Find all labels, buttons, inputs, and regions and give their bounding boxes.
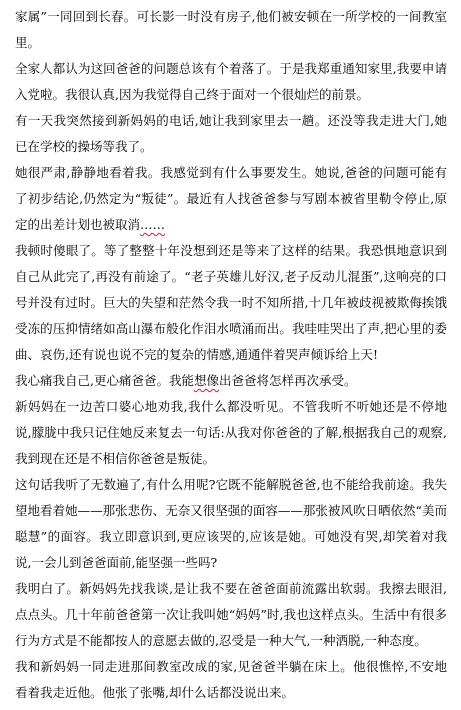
spellcheck-flagged-text: ……: [140, 217, 165, 232]
paragraph-3: 有一天我突然接到新妈妈的电话,她让我到家里去一趟。还没等我走进大门,她已在学校的…: [15, 108, 447, 160]
text-segment: 我心痛我自己,更心痛爸爸。我能: [15, 373, 194, 388]
paragraph-8: 这句话我听了无数遍了,有什么用呢?它既不能解脱爸爸,也不能给我前途。我失望地看着…: [15, 472, 447, 576]
paragraph-4: 她很严肃,静静地看着我。我感觉到有什么事要发生。她说,爸爸的问题可能有了初步结论…: [15, 160, 447, 238]
document-page: 家属”一同回到长春。可长影一时没有房子,他们被安顿在一所学校的一间教室里。全家人…: [0, 0, 461, 710]
text-segment: 这句话我听了无数遍了,有什么用呢?它既不能解脱爸爸,也不能给我前途。我失望地看着…: [15, 477, 447, 570]
text-segment: 她很严肃,静静地看着我。我感觉到有什么事要发生。她说,爸爸的问题可能有了初步结论…: [15, 165, 447, 232]
paragraph-5: 我顿时傻眼了。等了整整十年没想到还是等来了这样的结果。我恐惧地意识到自己从此完了…: [15, 238, 447, 368]
paragraph-10: 我和新妈妈一同走进那间教室改成的家,见爸爸半躺在床上。他很憔悴,不安地看着我走近…: [15, 654, 447, 706]
text-body: 家属”一同回到长春。可长影一时没有房子,他们被安顿在一所学校的一间教室里。全家人…: [15, 4, 447, 706]
text-segment: 有一天我突然接到新妈妈的电话,她让我到家里去一趟。还没等我走进大门,她已在学校的…: [15, 113, 447, 154]
text-segment: 新妈妈在一边苦口婆心地劝我,我什么都没听见。不管我听不听她还是不停地说,朦胧中我…: [15, 399, 447, 466]
paragraph-2: 全家人都认为这回爸爸的问题总该有个着落了。于是我郑重通知家里,我要申请入党啦。我…: [15, 56, 447, 108]
text-segment: 家属”一同回到长春。可长影一时没有房子,他们被安顿在一所学校的一间教室里。: [15, 9, 447, 50]
paragraph-1: 家属”一同回到长春。可长影一时没有房子,他们被安顿在一所学校的一间教室里。: [15, 4, 447, 56]
paragraph-9: 我明白了。新妈妈先找我谈,是让我不要在爸爸面前流露出软弱。我擦去眼泪,点点头。几…: [15, 576, 447, 654]
text-segment: 我明白了。新妈妈先找我谈,是让我不要在爸爸面前流露出软弱。我擦去眼泪,点点头。几…: [15, 581, 447, 648]
paragraph-7: 新妈妈在一边苦口婆心地劝我,我什么都没听见。不管我听不听她还是不停地说,朦胧中我…: [15, 394, 447, 472]
text-segment: 我顿时傻眼了。等了整整十年没想到还是等来了这样的结果。我恐惧地意识到自己从此完了…: [15, 243, 447, 362]
text-segment: 出爸爸将怎样再次承受。: [219, 373, 357, 388]
text-segment: 我和新妈妈一同走进那间教室改成的家,见爸爸半躺在床上。他很憔悴,不安地看着我走近…: [15, 659, 447, 700]
spellcheck-flagged-text: 想像: [194, 373, 219, 388]
text-segment: 全家人都认为这回爸爸的问题总该有个着落了。于是我郑重通知家里,我要申请入党啦。我…: [15, 61, 447, 102]
paragraph-6: 我心痛我自己,更心痛爸爸。我能想像出爸爸将怎样再次承受。: [15, 368, 447, 394]
